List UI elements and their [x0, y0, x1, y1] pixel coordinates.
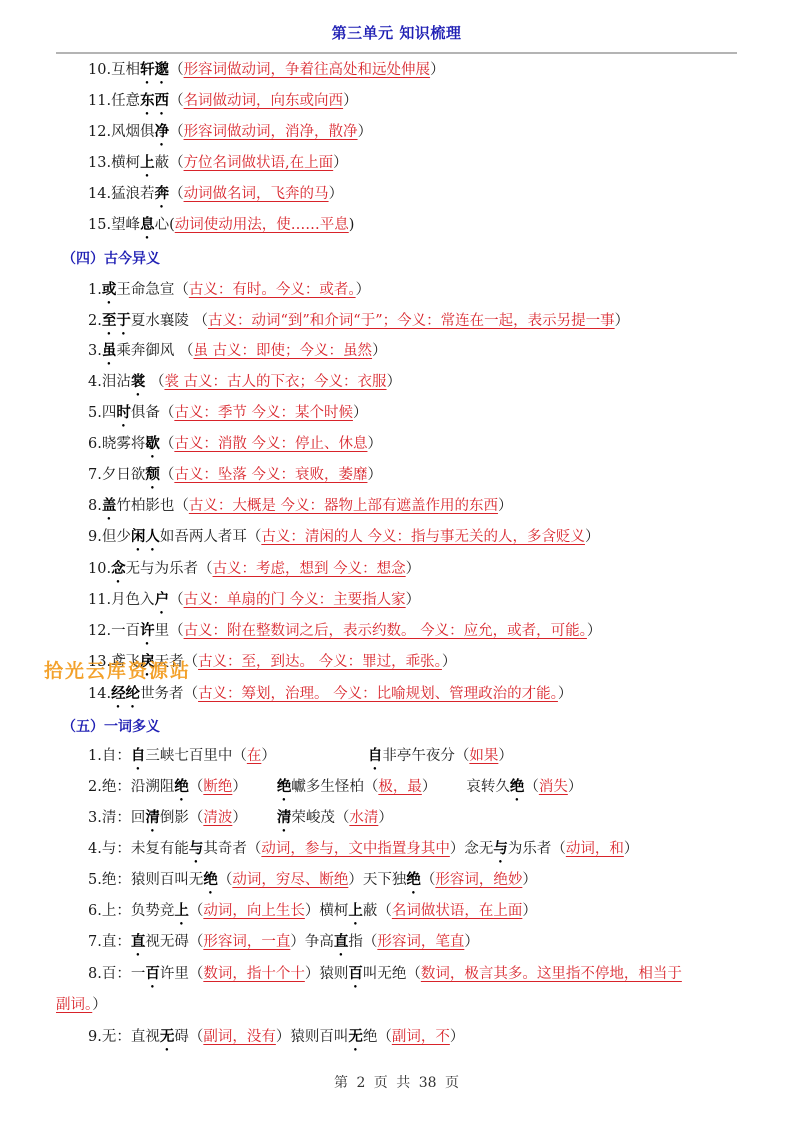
usage-example: 自三峡七百里中（在） [131, 748, 276, 764]
usage-example: 一百许里（数词，指十个十） [131, 966, 320, 982]
answer-text: 形容词，笔直 [377, 934, 464, 950]
answer-text: 极，最 [378, 779, 422, 795]
open-paren: （ [169, 592, 184, 608]
sentence-prefix: 未复有能 [131, 841, 189, 857]
answer-text: 动词，参与，文中指置身其中 [261, 841, 450, 857]
emphasized-word: 经纶 [111, 685, 140, 702]
answer-text: 消失 [539, 779, 568, 795]
emphasized-word: 东西 [140, 92, 169, 109]
close-paren: ） [356, 282, 371, 298]
usage-example: 猿则百叫无绝（副词，不） [290, 1029, 464, 1045]
usage-shift-item: 13.横柯上蔽（方位名词做状语,在上面） [88, 153, 348, 180]
usage-example: 猿则百叫无绝（动词，穷尽、断绝） [131, 872, 363, 888]
polysemy-word: 清： [102, 810, 131, 826]
sentence-prefix: 晓雾将 [102, 436, 146, 452]
answer-text: 裳 古义：古人的下衣；今义：衣服 [164, 374, 386, 390]
sentence-suffix: 视无碍 [145, 934, 189, 950]
answer-text: 副词，没有 [203, 1029, 276, 1045]
sentence-suffix: 叫无绝 [363, 966, 407, 982]
open-paren: （ [169, 124, 184, 140]
usage-example: 直视无碍（形容词，一直） [131, 934, 305, 950]
sentence-suffix: 许里 [160, 966, 189, 982]
close-paren: ） [367, 436, 382, 452]
item-number: 11. [88, 93, 111, 109]
close-paren: ） [372, 343, 387, 359]
item-number: 12. [88, 623, 111, 639]
open-paren: （ [160, 436, 175, 452]
sentence-prefix: 横柯 [111, 155, 140, 171]
open-paren: （ [247, 529, 262, 545]
open-paren: （ [150, 374, 165, 390]
close-paren: ） [522, 903, 537, 919]
close-paren: ） [450, 841, 465, 857]
item-number: 14. [88, 686, 111, 702]
close-paren: ） [367, 467, 382, 483]
header-divider [56, 52, 737, 54]
answer-text: 数词，指十个十 [203, 966, 305, 982]
item-number: 2. [88, 779, 102, 795]
ancient-modern-item: 10.念无与为乐者（古义：考虑，想到 今义：想念） [88, 559, 420, 586]
answer-text: 古义：筹划，治理。 今义：比喻规划、管理政治的才能。 [198, 686, 558, 702]
sentence-prefix: 但少 [102, 529, 131, 545]
close-paren: ） [406, 592, 421, 608]
emphasized-word: 念 [111, 560, 126, 577]
polysemy-item: 3.清：回清倒影（清波）清荣峻茂（水清） [88, 808, 393, 835]
answer-text: 断绝 [203, 779, 232, 795]
section-title-polysemy: （五）一词多义 [62, 717, 160, 737]
answer-text: 名词做状语，在上面 [392, 903, 523, 919]
polysemy-word: 绝： [102, 779, 131, 795]
sentence-suffix: 里 [155, 623, 170, 639]
answer-text: 动词，向上生长 [203, 903, 305, 919]
answer-text: 动词，穷尽、断绝 [232, 872, 348, 888]
open-paren: （ [421, 872, 436, 888]
close-paren: ） [558, 686, 573, 702]
answer-text: 动词使动用法，使……平息 [175, 217, 349, 233]
usage-example: 沿溯阻绝（断绝） [131, 779, 247, 795]
ancient-modern-item: 1.或王命急宣（古义：有时。今义：或者。） [88, 280, 370, 307]
item-number: 4. [88, 841, 102, 857]
close-paren: ） [406, 561, 421, 577]
sentence-prefix: 负势竞 [131, 903, 175, 919]
sentence-suffix: 碍 [174, 1029, 189, 1045]
answer-text: 古义：消散 今义：停止、休息 [174, 436, 367, 452]
close-paren: ） [442, 654, 457, 670]
item-number: 10. [88, 561, 111, 577]
close-paren: ） [261, 748, 276, 764]
close-paren: ） [422, 779, 437, 795]
polysemy-word: 上： [102, 903, 131, 919]
item-number: 12. [88, 124, 111, 140]
answer-text: 副词，不 [392, 1029, 450, 1045]
sentence-prefix: 猿则百叫 [290, 1029, 348, 1045]
open-paren: （ [247, 841, 262, 857]
sentence-prefix: 争高 [305, 934, 334, 950]
close-paren: ） [378, 810, 393, 826]
polysemy-word: 直： [102, 934, 131, 950]
sentence-prefix: 横柯 [319, 903, 348, 919]
ancient-modern-item: 5.四时俱备（古义：季节 今义：某个时候） [88, 403, 367, 430]
usage-example: 未复有能与其奇者（动词，参与，文中指置身其中） [131, 841, 465, 857]
usage-example: 天下独绝（形容词，绝妙） [363, 872, 537, 888]
item-number: 14. [88, 186, 111, 202]
emphasized-word: 绝 [174, 778, 189, 795]
usage-example: 绝巘多生怪柏（极，最） [277, 779, 437, 795]
close-paren: ） [333, 155, 348, 171]
emphasized-word: 盖 [102, 497, 117, 514]
polysemy-item: 4.与：未复有能与其奇者（动词，参与，文中指置身其中）念无与为乐者（动词，和） [88, 839, 638, 866]
usage-example: 哀转久绝（消失） [466, 779, 582, 795]
open-paren: （ [524, 779, 539, 795]
sentence-suffix: 倒影 [160, 810, 189, 826]
sentence-suffix: 为乐者 [508, 841, 552, 857]
sentence-suffix: 俱备 [131, 405, 160, 421]
usage-example: 争高直指（形容词，笔直） [305, 934, 479, 950]
emphasized-word: 自 [131, 747, 146, 764]
sentence-prefix: 回 [131, 810, 146, 826]
sentence-prefix: 哀转久 [466, 779, 510, 795]
sentence-prefix: 互相 [111, 62, 140, 78]
open-paren: （ [189, 779, 204, 795]
polysemy-word: 与： [102, 841, 131, 857]
sentence-prefix: 猛浪若 [111, 186, 155, 202]
close-paren: ) [349, 217, 355, 233]
item-number: 4. [88, 374, 102, 390]
polysemy-item: 6.上：负势竞上（动词，向上生长）横柯上蔽（名词做状语，在上面） [88, 901, 537, 928]
emphasized-word: 百 [348, 965, 363, 982]
answer-text: 古义：大概是 今义：器物上部有遮盖作用的东西 [189, 498, 498, 514]
usage-shift-item: 10.互相轩邈（形容词做动词，争着往高处和远处伸展） [88, 60, 445, 87]
close-paren: ） [276, 1029, 291, 1045]
emphasized-word: 上 [140, 154, 155, 171]
item-number: 13. [88, 155, 111, 171]
close-paren: ） [498, 498, 513, 514]
sentence-prefix: 猿则百叫无 [131, 872, 204, 888]
close-paren: ） [498, 748, 513, 764]
emphasized-word: 上 [348, 902, 363, 919]
answer-text: 古义：清闲的人 今义：指与事无关的人，多含贬义 [261, 529, 585, 545]
open-paren: （ [455, 748, 470, 764]
close-paren: ） [522, 872, 537, 888]
ancient-modern-item: 3.虽乘奔御风 （虽 古义：即使；今义：虽然） [88, 341, 387, 368]
answer-text: 形容词，绝妙 [435, 872, 522, 888]
item-number: 3. [88, 810, 102, 826]
sentence-prefix: 四 [102, 405, 117, 421]
open-paren: （ [169, 93, 184, 109]
answer-text: 形容词，一直 [203, 934, 290, 950]
emphasized-word: 歇 [145, 435, 160, 452]
ancient-modern-item: 8.盖竹柏影也（古义：大概是 今义：器物上部有遮盖作用的东西） [88, 496, 512, 523]
close-paren: ） [305, 903, 320, 919]
sentence-suffix: 夏水襄陵 [131, 313, 194, 329]
answer-text: 古义：至，到达。 今义：罪过，乖张。 [198, 654, 442, 670]
sentence-suffix: 绝 [363, 1029, 378, 1045]
answer-text: 古义：附在整数词之后，表示约数。 今义：应允，或者，可能。 [184, 623, 587, 639]
open-paren: （ [364, 779, 379, 795]
ancient-modern-item: 4.泪沾裳 （裳 古义：古人的下衣；今义：衣服） [88, 372, 401, 399]
polysemy-item: 7.直：直视无碍（形容词，一直）争高直指（形容词，笔直） [88, 932, 479, 959]
polysemy-word: 自： [102, 748, 131, 764]
close-paren: ） [305, 966, 320, 982]
open-paren: （ [189, 810, 204, 826]
open-paren: （ [232, 748, 247, 764]
ancient-modern-item: 12.一百许里（古义：附在整数词之后，表示约数。 今义：应允，或者，可能。） [88, 621, 601, 648]
ancient-modern-item: 6.晓雾将歇（古义：消散 今义：停止、休息） [88, 434, 382, 461]
close-paren: ） [430, 62, 445, 78]
item-number: 10. [88, 62, 111, 78]
usage-example: 自非亭午夜分（如果） [368, 748, 513, 764]
sentence-suffix: 非亭午夜分 [382, 748, 455, 764]
sentence-suffix: 世务者 [140, 686, 184, 702]
page-footer: 第 2 页 共 38 页 [0, 1072, 793, 1092]
usage-shift-item: 14.猛浪若奔（动词做名词，飞奔的马） [88, 184, 343, 211]
usage-shift-item: 15.望峰息心(动词使动用法，使……平息) [88, 215, 354, 242]
sentence-suffix: 如吾两人者耳 [160, 529, 247, 545]
polysemy-word: 绝： [102, 872, 131, 888]
sentence-suffix: 其奇者 [203, 841, 247, 857]
emphasized-word: 清 [277, 809, 292, 826]
close-paren: ） [290, 934, 305, 950]
item-number: 3. [88, 343, 102, 359]
close-paren: ） [232, 779, 247, 795]
answer-text: 方位名词做状语,在上面 [184, 155, 334, 171]
close-paren: ） [329, 186, 344, 202]
usage-example: 负势竞上（动词，向上生长） [131, 903, 320, 919]
polysemy-item: 2.绝：沿溯阻绝（断绝）绝巘多生怪柏（极，最）哀转久绝（消失） [88, 777, 582, 804]
answer-text: 动词做名词，飞奔的马 [184, 186, 329, 202]
polysemy-item: 9.无：直视无碍（副词，没有）猿则百叫无绝（副词，不） [88, 1027, 464, 1054]
close-paren: ） [348, 872, 363, 888]
close-paren: ） [358, 124, 373, 140]
open-paren: （ [189, 1029, 204, 1045]
item-number: 9. [88, 1029, 102, 1045]
close-paren: ） [464, 934, 479, 950]
open-paren: （ [189, 934, 204, 950]
sentence-suffix: 蔽 [155, 155, 170, 171]
usage-example: 回清倒影（清波） [131, 810, 247, 826]
section-title-ancient-modern-meaning: （四）古今异义 [62, 249, 160, 269]
emphasized-word: 直 [334, 933, 349, 950]
open-paren: （ [169, 155, 184, 171]
usage-example: 猿则百叫无绝（数词，极言其多。这里指不停地，相当于 [319, 966, 682, 982]
open-paren: （ [406, 966, 421, 982]
answer-text: 数词，极言其多。这里指不停地，相当于 [421, 966, 682, 982]
sentence-suffix: 乘奔御风 [116, 343, 179, 359]
sentence-suffix: 巘多生怪柏 [291, 779, 364, 795]
emphasized-word: 绝 [203, 871, 218, 888]
answer-text: 名词做动词，向东或向西 [184, 93, 344, 109]
open-paren: （ [160, 467, 175, 483]
answer-text: 古义：单扇的门 今义：主要指人家 [184, 592, 406, 608]
emphasized-word: 虽 [102, 342, 117, 359]
item-number: 2. [88, 313, 102, 329]
sentence-prefix: 月色入 [111, 592, 155, 608]
emphasized-word: 闲人 [131, 528, 160, 545]
open-paren: （ [169, 62, 184, 78]
polysemy-item: 5.绝：猿则百叫无绝（动词，穷尽、断绝）天下独绝（形容词，绝妙） [88, 870, 537, 897]
watermark: 拾光云库资源站 [44, 656, 191, 683]
open-paren: （ [169, 623, 184, 639]
item-number: 1. [88, 748, 102, 764]
sentence-prefix: 夕日欲 [102, 467, 146, 483]
answer-text: 古义：动词“到”和介词“于”；今义：常连在一起，表示另提一事 [208, 313, 615, 329]
open-paren: （ [189, 966, 204, 982]
polysemy-word: 百： [102, 966, 131, 982]
close-paren: ） [92, 997, 107, 1013]
sentence-suffix: 蔽 [363, 903, 378, 919]
polysemy-item-continuation: 副词。） [56, 995, 107, 1015]
item-number: 1. [88, 282, 102, 298]
close-paren: ） [587, 623, 602, 639]
close-paren: ） [343, 93, 358, 109]
polysemy-word: 无： [102, 1029, 131, 1045]
ancient-modern-item: 9.但少闲人如吾两人者耳（古义：清闲的人 今义：指与事无关的人，多含贬义） [88, 527, 599, 554]
sentence-suffix: 三峡七百里中 [145, 748, 232, 764]
answer-text: 古义：季节 今义：某个时候 [174, 405, 353, 421]
answer-text: 古义：有时。今义：或者。 [189, 282, 356, 298]
emphasized-word: 息 [140, 216, 155, 233]
close-paren: ） [624, 841, 639, 857]
sentence-prefix: 一百 [111, 623, 140, 639]
item-number: 5. [88, 872, 102, 888]
sentence-prefix: 念无 [464, 841, 493, 857]
ancient-modern-item: 11.月色入户（古义：单扇的门 今义：主要指人家） [88, 590, 420, 617]
sentence-suffix: 心 [155, 217, 170, 233]
sentence-prefix: 泪沾 [102, 374, 131, 390]
item-number: 6. [88, 436, 102, 452]
close-paren: ） [450, 1029, 465, 1045]
sentence-suffix: 荣峻茂 [291, 810, 335, 826]
answer-text: 清波 [203, 810, 232, 826]
sentence-prefix: 直视 [131, 1029, 160, 1045]
answer-text: 古义：坠落 今义：衰败，萎靡 [174, 467, 367, 483]
emphasized-word: 裳 [131, 373, 146, 390]
usage-example: 直视无碍（副词，没有） [131, 1029, 291, 1045]
open-paren: （ [198, 561, 213, 577]
polysemy-item: 1.自：自三峡七百里中（在）自非亭午夜分（如果） [88, 746, 513, 773]
item-number: 7. [88, 934, 102, 950]
answer-text: 形容词做动词，争着往高处和远处伸展 [184, 62, 431, 78]
sentence-prefix: 一 [131, 966, 146, 982]
open-paren: （ [377, 1029, 392, 1045]
emphasized-word: 时 [116, 404, 131, 421]
close-paren: ） [232, 810, 247, 826]
answer-text: 动词，和 [566, 841, 624, 857]
emphasized-word: 上 [174, 902, 189, 919]
emphasized-word: 或 [102, 281, 117, 298]
answer-text: 虽 古义：即使；今义：虽然 [193, 343, 372, 359]
sentence-prefix: 猿则 [319, 966, 348, 982]
open-paren: （ [189, 903, 204, 919]
item-number: 7. [88, 467, 102, 483]
answer-text: 水清 [349, 810, 378, 826]
item-number: 8. [88, 498, 102, 514]
emphasized-word: 百 [145, 965, 160, 982]
answer-text: 古义：考虑，想到 今义：想念 [213, 561, 406, 577]
usage-example: 横柯上蔽（名词做状语，在上面） [319, 903, 537, 919]
emphasized-word: 清 [145, 809, 160, 826]
open-paren: （ [184, 686, 199, 702]
answer-text: 副词。 [56, 997, 92, 1013]
polysemy-item: 8.百：一百许里（数词，指十个十）猿则百叫无绝（数词，极言其多。这里指不停地，相… [88, 964, 682, 991]
open-paren: （ [377, 903, 392, 919]
close-paren: ） [615, 313, 630, 329]
item-number: 5. [88, 405, 102, 421]
open-paren: （ [218, 872, 233, 888]
open-paren: （ [169, 186, 184, 202]
sentence-suffix: 指 [348, 934, 363, 950]
item-number: 9. [88, 529, 102, 545]
usage-shift-item: 11.任意东西（名词做动词，向东或向西） [88, 91, 358, 118]
ancient-modern-item: 7.夕日欲颓（古义：坠落 今义：衰败，萎靡） [88, 465, 382, 492]
emphasized-word: 自 [368, 747, 383, 764]
emphasized-word: 许 [140, 622, 155, 639]
emphasized-word: 净 [155, 123, 170, 140]
open-paren: （ [551, 841, 566, 857]
sentence-prefix: 任意 [111, 93, 140, 109]
sentence-prefix: 天下独 [363, 872, 407, 888]
emphasized-word: 与 [493, 840, 508, 857]
emphasized-word: 绝 [510, 778, 525, 795]
emphasized-word: 直 [131, 933, 146, 950]
emphasized-word: 无 [160, 1028, 175, 1045]
usage-example: 念无与为乐者（动词，和） [464, 841, 638, 857]
emphasized-word: 颓 [145, 466, 160, 483]
item-number: 6. [88, 903, 102, 919]
answer-text: 形容词做动词，消净，散净 [184, 124, 358, 140]
emphasized-word: 户 [155, 591, 170, 608]
ancient-modern-item: 14.经纶世务者（古义：筹划，治理。 今义：比喻规划、管理政治的才能。） [88, 684, 572, 711]
sentence-suffix: 王命急宣 [116, 282, 174, 298]
open-paren: （ [160, 405, 175, 421]
open-paren: （ [174, 282, 189, 298]
emphasized-word: 无 [348, 1028, 363, 1045]
answer-text: 如果 [469, 748, 498, 764]
usage-shift-item: 12.风烟俱净（形容词做动词，消净，散净） [88, 122, 372, 149]
sentence-suffix: 无与为乐者 [126, 561, 199, 577]
page-header-title: 第三单元 知识梳理 [0, 22, 793, 43]
open-paren: （ [179, 343, 194, 359]
open-paren: （ [174, 498, 189, 514]
close-paren: ） [585, 529, 600, 545]
item-number: 11. [88, 592, 111, 608]
sentence-suffix: 竹柏影也 [116, 498, 174, 514]
item-number: 8. [88, 966, 102, 982]
sentence-prefix: 沿溯阻 [131, 779, 175, 795]
emphasized-word: 奔 [155, 185, 170, 202]
open-paren: （ [335, 810, 350, 826]
sentence-prefix: 望峰 [111, 217, 140, 233]
emphasized-word: 绝 [406, 871, 421, 888]
item-number: 15. [88, 217, 111, 233]
emphasized-word: 轩邈 [140, 61, 169, 78]
emphasized-word: 与 [189, 840, 204, 857]
answer-text: 在 [247, 748, 262, 764]
sentence-prefix: 风烟俱 [111, 124, 155, 140]
emphasized-word: 绝 [277, 778, 292, 795]
emphasized-word: 至于 [102, 312, 131, 329]
close-paren: ） [387, 374, 402, 390]
usage-example: 清荣峻茂（水清） [277, 810, 393, 826]
ancient-modern-item: 2.至于夏水襄陵 （古义：动词“到”和介词“于”；今义：常连在一起，表示另提一事… [88, 311, 629, 338]
open-paren: （ [193, 313, 208, 329]
open-paren: （ [363, 934, 378, 950]
close-paren: ） [353, 405, 368, 421]
close-paren: ） [568, 779, 583, 795]
